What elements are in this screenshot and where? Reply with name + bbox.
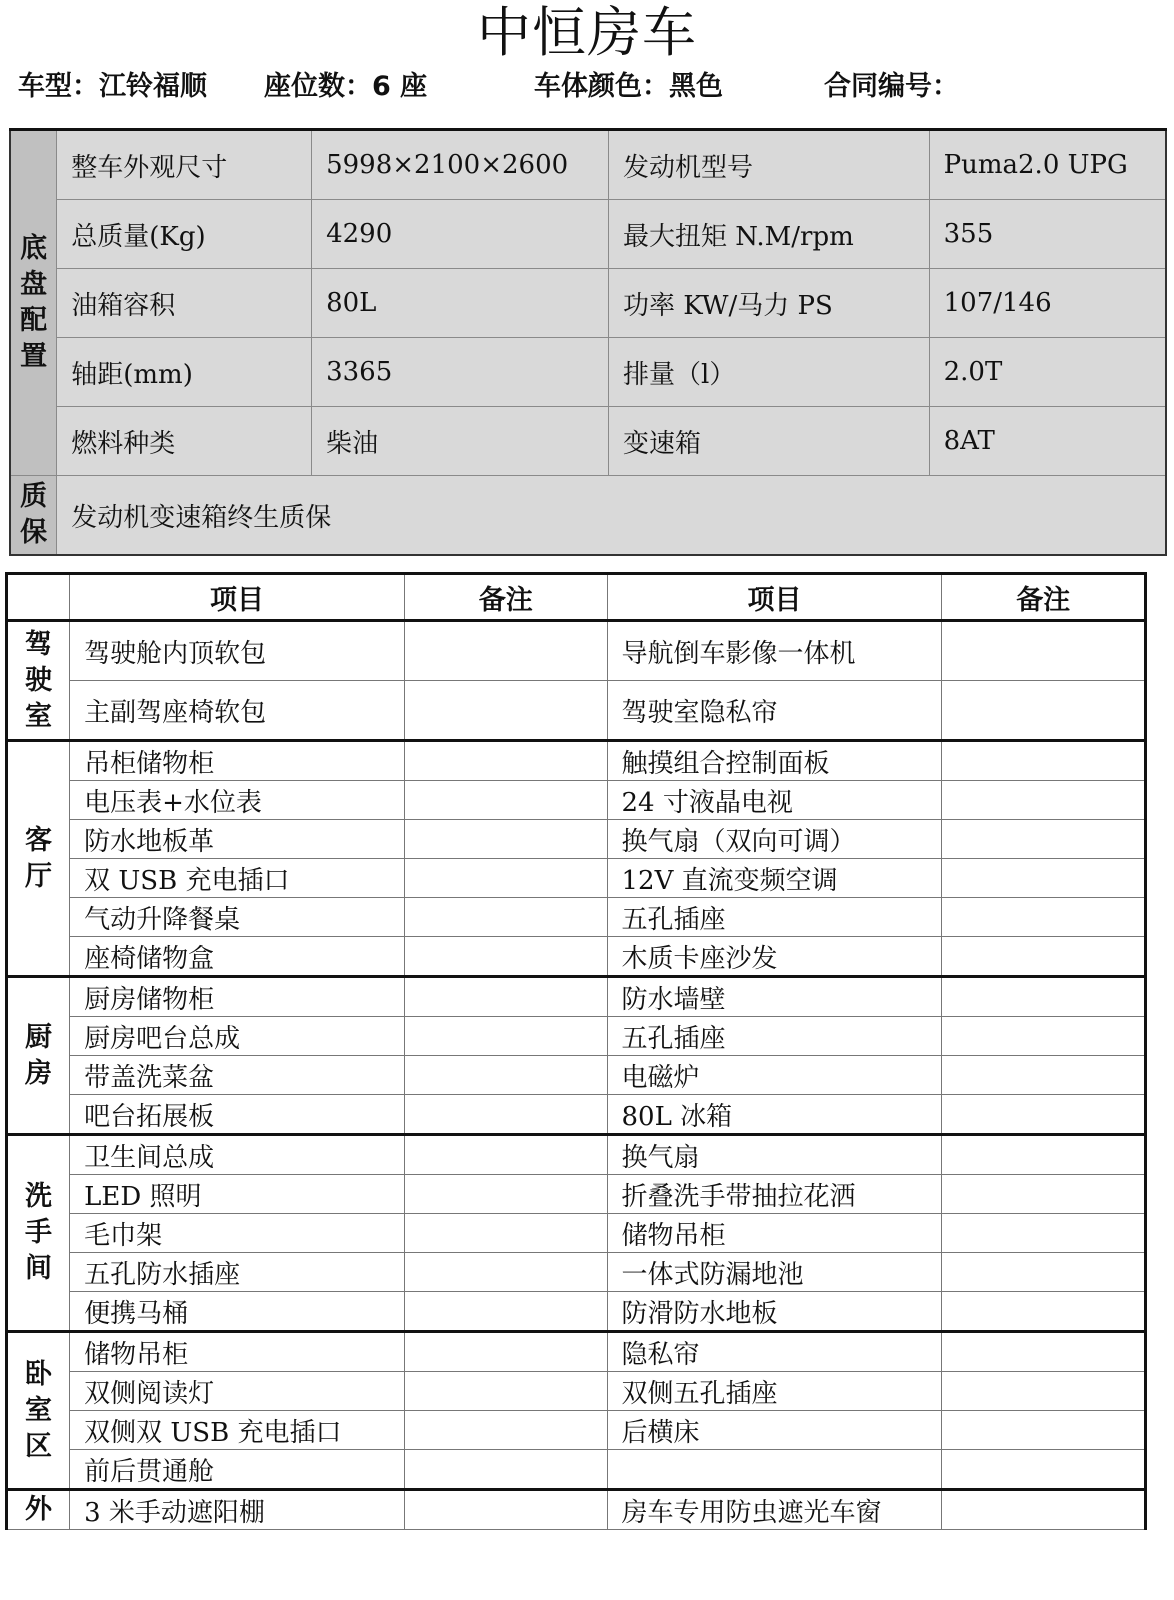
item-right: 五孔插座 xyxy=(607,898,942,937)
item-left: 前后贯通舱 xyxy=(70,1450,405,1490)
note-left xyxy=(404,937,607,977)
note-right xyxy=(942,1017,1146,1056)
note-left xyxy=(404,1175,607,1214)
note-right xyxy=(942,1372,1146,1411)
note-right xyxy=(942,1175,1146,1214)
spec-value: 柴油 xyxy=(312,407,609,476)
note-left xyxy=(404,1450,607,1490)
item-left: 防水地板革 xyxy=(70,820,405,859)
table-row: 双 USB 充电插口 12V 直流变频空调 xyxy=(7,859,1146,898)
spec-label: 油箱容积 xyxy=(57,269,312,338)
note-right xyxy=(942,859,1146,898)
note-right xyxy=(942,621,1146,681)
item-left: 3 米手动遮阳棚 xyxy=(70,1490,405,1530)
spec-label: 发动机型号 xyxy=(609,130,930,200)
item-left: 带盖洗菜盆 xyxy=(70,1056,405,1095)
note-left xyxy=(404,621,607,681)
item-left: 双侧双 USB 充电插口 xyxy=(70,1411,405,1450)
item-left: 气动升降餐桌 xyxy=(70,898,405,937)
note-left xyxy=(404,781,607,820)
spec-row: 燃料种类 柴油 变速箱 8AT xyxy=(10,407,1166,476)
item-right: 木质卡座沙发 xyxy=(607,937,942,977)
note-right xyxy=(942,1253,1146,1292)
table-row: 座椅储物盒 木质卡座沙发 xyxy=(7,937,1146,977)
item-left: 主副驾座椅软包 xyxy=(70,681,405,741)
item-right: 24 寸液晶电视 xyxy=(607,781,942,820)
note-left xyxy=(404,1095,607,1135)
document-title: 中恒房车 xyxy=(0,2,1174,64)
item-right: 12V 直流变频空调 xyxy=(607,859,942,898)
table-row: 外 3 米手动遮阳棚 房车专用防虫遮光车窗 xyxy=(7,1490,1146,1530)
note-left xyxy=(404,1253,607,1292)
item-left: 座椅储物盒 xyxy=(70,937,405,977)
note-right xyxy=(942,781,1146,820)
table-row: 厨 房 厨房储物柜 防水墙壁 xyxy=(7,977,1146,1017)
item-right: 防滑防水地板 xyxy=(607,1292,942,1332)
spec-label: 最大扭矩 N.M/rpm xyxy=(609,200,930,269)
header-note-2: 备注 xyxy=(942,574,1146,621)
table-row: 客 厅 吊柜储物柜 触摸组合控制面板 xyxy=(7,741,1146,781)
item-left: 储物吊柜 xyxy=(70,1332,405,1372)
equipment-items-table: 项目 备注 项目 备注 驾 驶 室 驾驶舱内顶软包 导航倒车影像一体机 主副驾座… xyxy=(5,572,1147,1530)
note-left xyxy=(404,898,607,937)
note-right xyxy=(942,1411,1146,1450)
spec-row: 油箱容积 80L 功率 KW/马力 PS 107/146 xyxy=(10,269,1166,338)
table-row: 驾 驶 室 驾驶舱内顶软包 导航倒车影像一体机 xyxy=(7,621,1146,681)
spec-label: 功率 KW/马力 PS xyxy=(609,269,930,338)
header-category xyxy=(7,574,70,621)
spec-label: 总质量(Kg) xyxy=(57,200,312,269)
note-right xyxy=(942,1214,1146,1253)
note-right xyxy=(942,977,1146,1017)
note-left xyxy=(404,741,607,781)
table-row: 气动升降餐桌 五孔插座 xyxy=(7,898,1146,937)
item-right: 防水墙壁 xyxy=(607,977,942,1017)
item-left: 厨房吧台总成 xyxy=(70,1017,405,1056)
spec-value: 5998×2100×2600 xyxy=(312,130,609,200)
seat-count: 座位数：6 座 xyxy=(264,68,427,106)
category-kitchen: 厨 房 xyxy=(7,977,70,1135)
note-left xyxy=(404,1332,607,1372)
item-right: 一体式防漏地池 xyxy=(607,1253,942,1292)
table-row: 吧台拓展板 80L 冰箱 xyxy=(7,1095,1146,1135)
note-left xyxy=(404,1135,607,1175)
item-left: 五孔防水插座 xyxy=(70,1253,405,1292)
table-row: 电压表+水位表 24 寸液晶电视 xyxy=(7,781,1146,820)
spec-value: 80L xyxy=(312,269,609,338)
note-right xyxy=(942,1490,1146,1530)
category-exterior: 外 xyxy=(7,1490,70,1530)
spec-value: 355 xyxy=(929,200,1166,269)
table-row: 卧 室 区 储物吊柜 隐私帘 xyxy=(7,1332,1146,1372)
item-right: 隐私帘 xyxy=(607,1332,942,1372)
note-right xyxy=(942,937,1146,977)
note-left xyxy=(404,820,607,859)
item-left: 吧台拓展板 xyxy=(70,1095,405,1135)
spec-value: 4290 xyxy=(312,200,609,269)
item-left: 双侧阅读灯 xyxy=(70,1372,405,1411)
spec-row: 轴距(mm) 3365 排量（l） 2.0T xyxy=(10,338,1166,407)
item-right: 储物吊柜 xyxy=(607,1214,942,1253)
item-left: 厨房储物柜 xyxy=(70,977,405,1017)
item-left: 便携马桶 xyxy=(70,1292,405,1332)
note-right xyxy=(942,741,1146,781)
table-row: 前后贯通舱 xyxy=(7,1450,1146,1490)
item-right: 导航倒车影像一体机 xyxy=(607,621,942,681)
spec-label: 轴距(mm) xyxy=(57,338,312,407)
table-row: 双侧双 USB 充电插口 后横床 xyxy=(7,1411,1146,1450)
note-right xyxy=(942,1135,1146,1175)
contract-number: 合同编号： xyxy=(824,68,959,106)
category-living-room: 客 厅 xyxy=(7,741,70,977)
vehicle-meta-line: 车型：江铃福顺 座位数：6 座 车体颜色：黑色 合同编号： xyxy=(18,68,1158,106)
note-left xyxy=(404,1411,607,1450)
table-row: 防水地板革 换气扇（双向可调） xyxy=(7,820,1146,859)
table-row: 厨房吧台总成 五孔插座 xyxy=(7,1017,1146,1056)
table-row: 五孔防水插座 一体式防漏地池 xyxy=(7,1253,1146,1292)
item-right xyxy=(607,1450,942,1490)
item-left: 吊柜储物柜 xyxy=(70,741,405,781)
note-right xyxy=(942,1332,1146,1372)
spec-value: 8AT xyxy=(929,407,1166,476)
note-right xyxy=(942,898,1146,937)
note-left xyxy=(404,681,607,741)
item-left: 卫生间总成 xyxy=(70,1135,405,1175)
item-right: 触摸组合控制面板 xyxy=(607,741,942,781)
spec-label: 整车外观尺寸 xyxy=(57,130,312,200)
item-left: 电压表+水位表 xyxy=(70,781,405,820)
header-item-2: 项目 xyxy=(607,574,942,621)
table-row: 带盖洗菜盆 电磁炉 xyxy=(7,1056,1146,1095)
item-right: 折叠洗手带抽拉花洒 xyxy=(607,1175,942,1214)
category-bathroom: 洗 手 间 xyxy=(7,1135,70,1332)
item-right: 80L 冰箱 xyxy=(607,1095,942,1135)
category-bedroom: 卧 室 区 xyxy=(7,1332,70,1490)
body-color: 车体颜色：黑色 xyxy=(534,68,723,106)
note-right xyxy=(942,1292,1146,1332)
note-left xyxy=(404,1292,607,1332)
category-warranty: 质 保 xyxy=(10,476,57,556)
chassis-spec-table: 底 盘 配 置 整车外观尺寸 5998×2100×2600 发动机型号 Puma… xyxy=(9,128,1167,556)
table-row: 毛巾架 储物吊柜 xyxy=(7,1214,1146,1253)
item-right: 换气扇（双向可调） xyxy=(607,820,942,859)
note-left xyxy=(404,1372,607,1411)
spec-row: 底 盘 配 置 整车外观尺寸 5998×2100×2600 发动机型号 Puma… xyxy=(10,130,1166,200)
item-left: 毛巾架 xyxy=(70,1214,405,1253)
spec-value: 107/146 xyxy=(929,269,1166,338)
item-right: 换气扇 xyxy=(607,1135,942,1175)
note-right xyxy=(942,1095,1146,1135)
vehicle-model: 车型：江铃福顺 xyxy=(18,68,207,106)
item-right: 电磁炉 xyxy=(607,1056,942,1095)
note-right xyxy=(942,681,1146,741)
item-right: 驾驶室隐私帘 xyxy=(607,681,942,741)
category-cab: 驾 驶 室 xyxy=(7,621,70,741)
note-right xyxy=(942,1450,1146,1490)
category-chassis: 底 盘 配 置 xyxy=(10,130,57,476)
spec-label: 燃料种类 xyxy=(57,407,312,476)
warranty-row: 质 保 发动机变速箱终生质保 xyxy=(10,476,1166,556)
note-left xyxy=(404,859,607,898)
spec-value: Puma2.0 UPG xyxy=(929,130,1166,200)
note-left xyxy=(404,1017,607,1056)
warranty-text: 发动机变速箱终生质保 xyxy=(57,476,1166,556)
note-right xyxy=(942,820,1146,859)
item-right: 后横床 xyxy=(607,1411,942,1450)
item-left: 驾驶舱内顶软包 xyxy=(70,621,405,681)
note-left xyxy=(404,1214,607,1253)
header-item-1: 项目 xyxy=(70,574,405,621)
item-right: 房车专用防虫遮光车窗 xyxy=(607,1490,942,1530)
items-header-row: 项目 备注 项目 备注 xyxy=(7,574,1146,621)
item-left: LED 照明 xyxy=(70,1175,405,1214)
table-row: 主副驾座椅软包 驾驶室隐私帘 xyxy=(7,681,1146,741)
spec-value: 3365 xyxy=(312,338,609,407)
table-row: 洗 手 间 卫生间总成 换气扇 xyxy=(7,1135,1146,1175)
note-left xyxy=(404,1490,607,1530)
spec-value: 2.0T xyxy=(929,338,1166,407)
header-note-1: 备注 xyxy=(404,574,607,621)
item-left: 双 USB 充电插口 xyxy=(70,859,405,898)
note-left xyxy=(404,1056,607,1095)
item-right: 双侧五孔插座 xyxy=(607,1372,942,1411)
spec-label: 变速箱 xyxy=(609,407,930,476)
spec-label: 排量（l） xyxy=(609,338,930,407)
note-left xyxy=(404,977,607,1017)
table-row: LED 照明 折叠洗手带抽拉花洒 xyxy=(7,1175,1146,1214)
spec-row: 总质量(Kg) 4290 最大扭矩 N.M/rpm 355 xyxy=(10,200,1166,269)
table-row: 双侧阅读灯 双侧五孔插座 xyxy=(7,1372,1146,1411)
note-right xyxy=(942,1056,1146,1095)
item-right: 五孔插座 xyxy=(607,1017,942,1056)
table-row: 便携马桶 防滑防水地板 xyxy=(7,1292,1146,1332)
